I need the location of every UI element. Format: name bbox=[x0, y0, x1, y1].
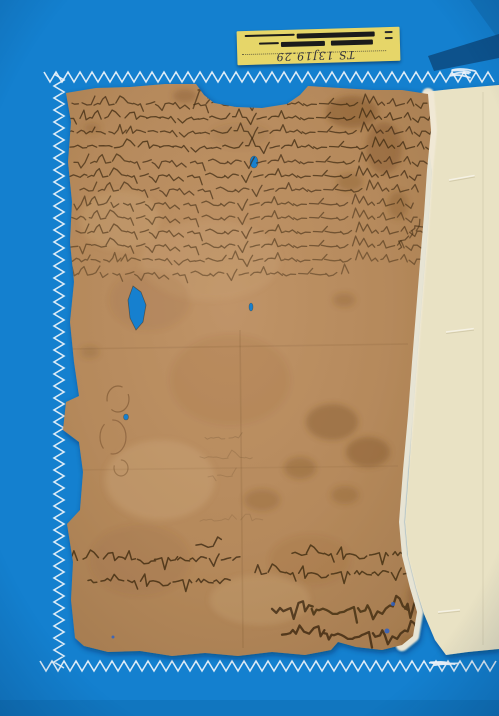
ruler-bar-segment bbox=[259, 42, 279, 45]
ruler-bar-segment bbox=[331, 39, 373, 45]
ruler-bar-segment bbox=[297, 31, 375, 38]
ruler-bar-segment bbox=[281, 41, 325, 47]
photograph-of-manuscript: TS 13J19.29 bbox=[0, 0, 499, 716]
photographic-scale-ruler: TS 13J19.29 bbox=[237, 27, 401, 66]
ruler-bar-segment bbox=[245, 34, 295, 37]
ruler-side-mark bbox=[385, 37, 393, 39]
vignette-overlay bbox=[0, 0, 499, 716]
scene-svg bbox=[0, 0, 499, 716]
shelfmark-label: TS 13J19.29 bbox=[255, 47, 375, 63]
ruler-side-mark bbox=[385, 31, 393, 33]
